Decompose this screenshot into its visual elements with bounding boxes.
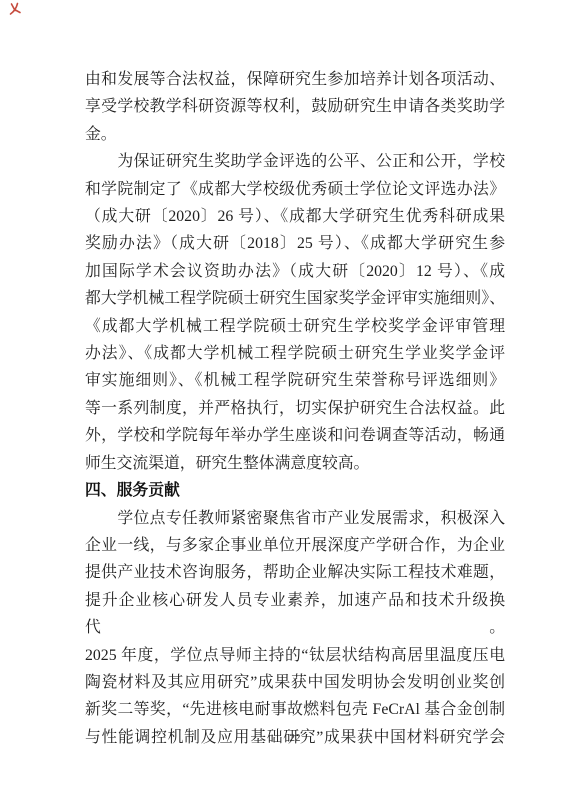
text-line: 享受学校教学科研资源等权利，鼓励研究生申请各类奖助学 [85,93,505,120]
section-heading: 四、服务贡献 [85,477,505,504]
document-content: 由和发展等合法权益，保障研究生参加培养计划各项活动、享受学校教学科研资源等权利，… [85,66,505,751]
text-line: 奖励办法》（成大研〔2018〕25 号）、《成都大学研究生参 [85,230,505,257]
red-annotation-mark [8,2,22,16]
text-line: 审实施细则》、《机械工程学院研究生荣誉称号评选细则》 [85,367,505,394]
text-line: 和学院制定了《成都大学校级优秀硕士学位论文评选办法》 [85,176,505,203]
text-line: 新奖二等奖，“先进核电耐事故燃料包壳 FeCrAl 基合金创制 [85,696,505,723]
text-line: 外，学校和学院每年举办学生座谈和问卷调查等活动，畅通 [85,422,505,449]
document-page: 由和发展等合法权益，保障研究生参加培养计划各项活动、享受学校教学科研资源等权利，… [0,0,566,800]
text-line: 2025 年度，学位点导师主持的“钛层状结构高居里温度压电 [85,642,505,669]
text-line: 《成都大学机械工程学院硕士研究生学校奖学金评审管理 [85,313,505,340]
text-line: 办法》、《成都大学机械工程学院硕士研究生学业奖学金评 [85,340,505,367]
text-line: 提升企业核心研发人员专业素养，加速产品和技术升级换代。 [85,587,505,642]
page-footer: 22 [85,728,505,746]
text-line: 等一系列制度，并严格执行，切实保护研究生合法权益。此 [85,395,505,422]
text-line: 学位点专任教师紧密聚焦省市产业发展需求，积极深入 [85,505,505,532]
text-line: 加国际学术会议资助办法》（成大研〔2020〕12 号）、《成 [85,258,505,285]
text-line: 陶瓷材料及其应用研究”成果获中国发明协会发明创业奖创 [85,669,505,696]
text-line: 提供产业技术咨询服务，帮助企业解决实际工程技术难题， [85,559,505,586]
text-line: 师生交流渠道，研究生整体满意度较高。 [85,450,505,477]
text-line: 由和发展等合法权益，保障研究生参加培养计划各项活动、 [85,66,505,93]
text-line: 都大学机械工程学院硕士研究生国家奖学金评审实施细则》、 [85,285,505,312]
text-line: 金。 [85,121,505,148]
text-line: 为保证研究生奖助学金评选的公平、公正和公开，学校 [85,148,505,175]
text-line: （成大研〔2020〕26 号）、《成都大学研究生优秀科研成果 [85,203,505,230]
text-line: 企业一线，与多家企事业单位开展深度产学研合作，为企业 [85,532,505,559]
page-number: 22 [290,732,301,744]
